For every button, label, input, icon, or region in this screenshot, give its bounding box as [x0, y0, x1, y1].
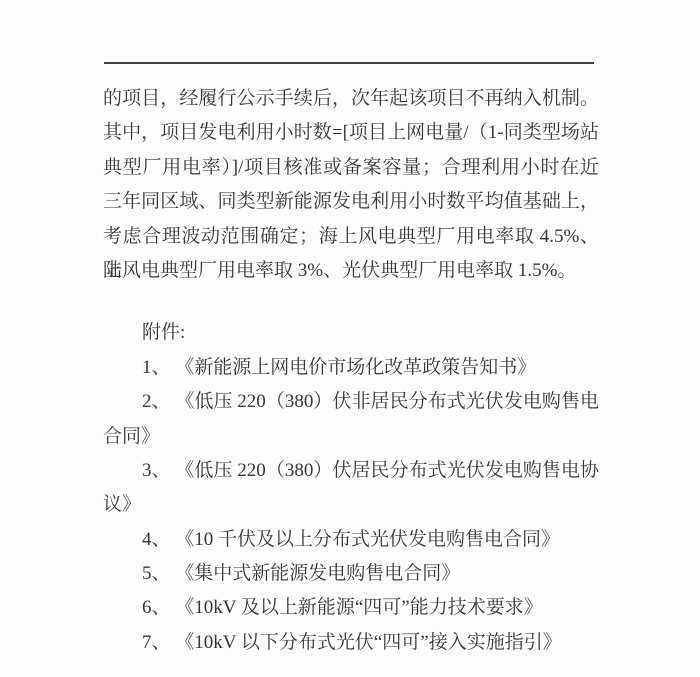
text-line: 4、 《10 千伏及以上分布式光伏发电购售电合同》	[103, 523, 599, 557]
header-separator-line	[104, 62, 594, 64]
text-line: 1、 《新能源上网电价市场化改革政策告知书》	[103, 351, 599, 385]
blank-line	[103, 288, 599, 316]
text-line: 的项目，经履行公示手续后，次年起该项目不再纳入机制。	[103, 82, 599, 116]
text-line: 上风电典型厂用电率取 3%、光伏典型厂用电率取 1.5%。	[103, 254, 599, 288]
text-line: 其中，项目发电利用小时数=[项目上网电量/（1-同类型场站	[103, 116, 599, 150]
document-page: 的项目，经履行公示手续后，次年起该项目不再纳入机制。其中，项目发电利用小时数=[…	[0, 0, 700, 677]
text-line: 7、 《10kV 以下分布式光伏“四可”接入实施指引》	[103, 626, 599, 660]
text-line: 6、 《10kV 及以上新能源“四可”能力技术要求》	[103, 591, 599, 625]
text-line: 三年同区域、同类型新能源发电利用小时数平均值基础上，	[103, 185, 599, 219]
document-body: 的项目，经履行公示手续后，次年起该项目不再纳入机制。其中，项目发电利用小时数=[…	[103, 82, 599, 660]
text-line: 3、 《低压 220（380）伏居民分布式光伏发电购售电协	[103, 454, 599, 488]
text-line: 考虑合理波动范围确定；海上风电典型厂用电率取 4.5%、陆	[103, 220, 599, 254]
text-line: 议》	[103, 488, 599, 522]
text-line: 2、 《低压 220（380）伏非居民分布式光伏发电购售电	[103, 385, 599, 419]
text-line: 附件:	[103, 316, 599, 350]
text-line: 典型厂用电率）]/项目核准或备案容量；合理利用小时在近	[103, 151, 599, 185]
text-line: 5、 《集中式新能源发电购售电合同》	[103, 557, 599, 591]
text-line: 合同》	[103, 420, 599, 454]
